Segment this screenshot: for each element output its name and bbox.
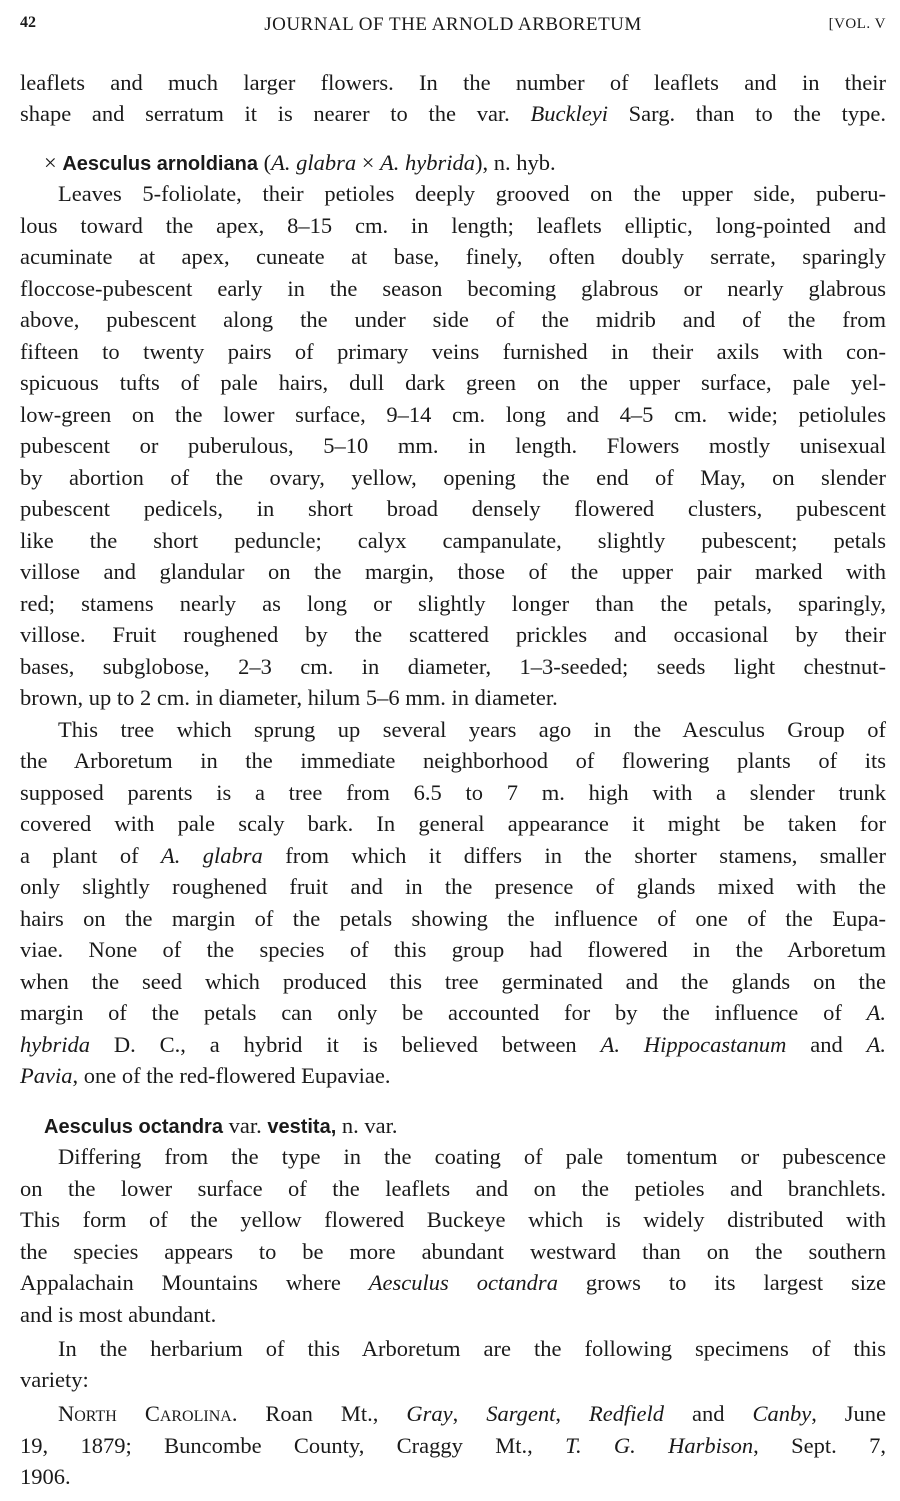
text-run: from which it differs in the shorter sta… — [263, 843, 886, 868]
description-line: villose. Fruit roughened by the scattere… — [20, 620, 886, 650]
discussion-line: when the seed which produced this tree g… — [20, 967, 886, 997]
text-run: , one of the red-flowered Eupaviae. — [72, 1063, 390, 1088]
hybrid-cross-symbol: × — [44, 150, 57, 175]
taxon-italic: Aesculus octandra — [369, 1270, 558, 1295]
running-header: 42 JOURNAL OF THE ARNOLD ARBORETUM [VOL.… — [20, 12, 886, 42]
description-line: brown, up to 2 cm. in diameter, hilum 5–… — [20, 683, 886, 713]
description-line: fifteen to twenty pairs of primary veins… — [20, 337, 886, 367]
collector-name: Sargent — [486, 1401, 555, 1426]
description-line: Appalachain Mountains where Aesculus oct… — [20, 1268, 886, 1298]
collector-name: Gray — [406, 1401, 452, 1426]
herbarium-line: variety: — [20, 1365, 886, 1395]
description-line: villose and glandular on the margin, tho… — [20, 557, 886, 587]
discussion-line: only slightly roughened fruit and in the… — [20, 872, 886, 902]
text-run: Appalachain Mountains where — [20, 1270, 369, 1295]
taxon-italic: Pavia — [20, 1063, 72, 1088]
state-name: North Carolina. — [58, 1401, 237, 1426]
description-line: lous toward the apex, 8–15 cm. in length… — [20, 211, 886, 241]
text-run: ( — [258, 150, 271, 175]
description-line: by abortion of the ovary, yellow, openin… — [20, 463, 886, 493]
species-name: Aesculus octandra — [44, 1116, 223, 1138]
text-run: × — [356, 150, 380, 175]
text-run: ), n. hyb. — [475, 150, 556, 175]
description-line: low-green on the lower surface, 9–14 cm.… — [20, 400, 886, 430]
journal-title: JOURNAL OF THE ARNOLD ARBORETUM — [20, 14, 886, 36]
species-heading-arnoldiana: × Aesculus arnoldiana (A. glabra × A. hy… — [44, 148, 886, 178]
description-line: acuminate at apex, cuneate at base, fine… — [20, 242, 886, 272]
discussion-line: This tree which sprung up several years … — [58, 715, 886, 745]
description-line: Differing from the type in the coating o… — [58, 1142, 886, 1172]
species-name: Aesculus arnoldiana — [62, 153, 258, 175]
intro-line-2: shape and serratum it is nearer to the v… — [20, 99, 886, 129]
text-run: , — [555, 1401, 589, 1426]
species-heading-octandra-vestita: Aesculus octandra var. vestita, n. var. — [44, 1111, 886, 1141]
text-run: , June — [811, 1401, 886, 1426]
herbarium-line: In the herbarium of this Arboretum are t… — [58, 1334, 886, 1364]
description-line: and is most abundant. — [20, 1300, 886, 1330]
discussion-line: Pavia, one of the red-flowered Eupaviae. — [20, 1061, 886, 1091]
taxon-italic: Buckleyi — [531, 101, 608, 126]
journal-page: 42 JOURNAL OF THE ARNOLD ARBORETUM [VOL.… — [0, 0, 900, 1501]
text-run: , Sept. 7, — [753, 1433, 886, 1458]
description-line: pubescent pedicels, in short broad dense… — [20, 494, 886, 524]
discussion-line: the Arboretum in the immediate neighborh… — [20, 746, 886, 776]
description-line: Leaves 5-foliolate, their petioles deepl… — [58, 179, 886, 209]
description-line: floccose-pubescent early in the season b… — [20, 274, 886, 304]
intro-line-1: leaflets and much larger flowers. In the… — [20, 68, 886, 98]
text-run: Sarg. than to the type. — [608, 101, 886, 126]
discussion-line: covered with pale scaly bark. In general… — [20, 809, 886, 839]
description-line: This form of the yellow flowered Buckeye… — [20, 1205, 886, 1235]
description-line: the species appears to be more abundant … — [20, 1237, 886, 1267]
specimen-citation: North Carolina. Roan Mt., Gray, Sargent,… — [58, 1399, 886, 1429]
volume-label: [VOL. V — [829, 16, 886, 33]
taxon-italic: A. — [867, 1000, 886, 1025]
description-line: like the short peduncle; calyx campanula… — [20, 526, 886, 556]
collector-name: Redfield — [589, 1401, 664, 1426]
text-run: D. C., a hybrid it is believed between — [90, 1032, 601, 1057]
taxon-italic: A. — [867, 1032, 886, 1057]
text-run: 19, 1879; Buncombe County, Craggy Mt., — [20, 1433, 565, 1458]
description-line: bases, subglobose, 2–3 cm. in diameter, … — [20, 652, 886, 682]
parent-taxon: A. hybrida — [380, 150, 475, 175]
specimen-citation: 1906. — [20, 1462, 886, 1492]
description-line: above, pubescent along the under side of… — [20, 305, 886, 335]
collector-name: Canby — [752, 1401, 811, 1426]
text-run: Roan Mt., — [237, 1401, 406, 1426]
taxon-italic: hybrida — [20, 1032, 90, 1057]
discussion-line: viae. None of the species of this group … — [20, 935, 886, 965]
text-run: n. var. — [336, 1113, 397, 1138]
taxon-italic: A. Hippocastanum — [601, 1032, 787, 1057]
description-line: pubescent or puberulous, 5–10 mm. in len… — [20, 431, 886, 461]
text-run: grows to its largest size — [558, 1270, 886, 1295]
discussion-line: hybrida D. C., a hybrid it is believed b… — [20, 1030, 886, 1060]
text-run: and — [664, 1401, 752, 1426]
text-run: margin of the petals can only be account… — [20, 1000, 867, 1025]
variety-name: vestita, — [267, 1116, 336, 1138]
description-line: spicuous tufts of pale hairs, dull dark … — [20, 368, 886, 398]
text-run: shape and serratum it is nearer to the v… — [20, 101, 531, 126]
text-run: , — [453, 1401, 487, 1426]
text-run: var. — [223, 1113, 267, 1138]
discussion-line: a plant of A. glabra from which it diffe… — [20, 841, 886, 871]
discussion-line: margin of the petals can only be account… — [20, 998, 886, 1028]
taxon-italic: A. glabra — [161, 843, 263, 868]
text-run: a plant of — [20, 843, 161, 868]
discussion-line: hairs on the margin of the petals showin… — [20, 904, 886, 934]
discussion-line: supposed parents is a tree from 6.5 to 7… — [20, 778, 886, 808]
text-run: and — [786, 1032, 866, 1057]
description-line: on the lower surface of the leaflets and… — [20, 1174, 886, 1204]
specimen-citation: 19, 1879; Buncombe County, Craggy Mt., T… — [20, 1431, 886, 1461]
collector-name: T. G. Harbison — [565, 1433, 753, 1458]
description-line: red; stamens nearly as long or slightly … — [20, 589, 886, 619]
parent-taxon: A. glabra — [271, 150, 356, 175]
